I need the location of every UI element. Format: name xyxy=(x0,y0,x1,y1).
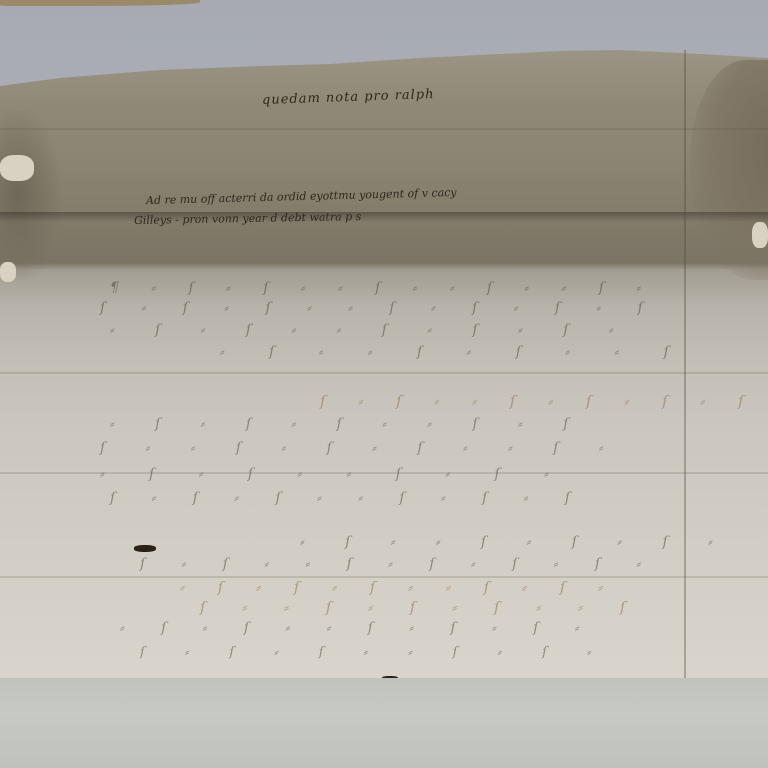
fold-line xyxy=(0,372,768,374)
fold-line-vertical xyxy=(684,50,686,690)
body-line: ⸗ ſ ⸗ ſ ⸗ ⸗ ſ ⸗ ſ ⸗ xyxy=(100,466,569,483)
body-line: ⸗ ſ ⸗ ⸗ ſ ⸗ ſ ⸗ ⸗ ſ xyxy=(220,344,689,361)
fold-shadow xyxy=(0,212,768,222)
water-stain-left xyxy=(0,110,60,280)
body-line: ſ ⸗ ſ ⸗ ſ ⸗ ⸗ ſ ⸗ ſ ⸗ ſ xyxy=(110,490,586,507)
paper-tear xyxy=(0,155,34,181)
body-line: ⸗ ſ ⸗ ⸗ ſ ⸗ ſ ⸗ ſ ⸗ xyxy=(300,534,731,551)
body-line: ⸗ ſ ⸗ ſ ⸗ ſ ⸗ ⸗ ſ ⸗ ſ xyxy=(110,416,586,433)
body-line: ¶ ⸗ ſ ⸗ ſ ⸗ ⸗ ſ ⸗ ⸗ ſ ⸗ ⸗ ſ ⸗ xyxy=(110,280,655,297)
body-line: ſ ⸗ ſ ⸗ ſ ⸗ ⸗ ſ ⸗ ſ ⸗ ſ ⸗ ſ xyxy=(100,300,659,317)
paper-tear xyxy=(752,222,768,248)
paper-tear xyxy=(0,262,16,282)
body-line: ſ ⸗ ſ ⸗ ⸗ ſ ⸗ ſ ⸗ ſ ⸗ ſ ⸗ xyxy=(320,392,768,411)
body-line: ⸗ ſ ⸗ ſ ⸗ ſ ⸗ ⸗ ſ ⸗ ſ ⸗ xyxy=(180,578,617,597)
body-line: ⸗ ſ ⸗ ſ ⸗ ⸗ ſ ⸗ ſ ⸗ ſ ⸗ xyxy=(120,620,596,637)
ink-blot xyxy=(134,545,156,552)
fold-line xyxy=(0,128,768,130)
body-line: ſ ⸗ ſ ⸗ ſ ⸗ ⸗ ſ ⸗ ſ ⸗ xyxy=(140,644,609,660)
body-line: ſ ⸗ ⸗ ſ ⸗ ſ ⸗ ſ ⸗ ⸗ ſ xyxy=(200,598,641,617)
body-line: ſ ⸗ ſ ⸗ ⸗ ſ ⸗ ſ ⸗ ſ ⸗ ſ ⸗ xyxy=(140,556,657,573)
body-line: ſ ⸗ ⸗ ſ ⸗ ſ ⸗ ſ ⸗ ⸗ ſ ⸗ xyxy=(100,440,622,457)
mounting-board xyxy=(0,678,768,768)
body-line: ⸗ ſ ⸗ ſ ⸗ ⸗ ſ ⸗ ſ ⸗ ſ ⸗ xyxy=(110,322,632,339)
